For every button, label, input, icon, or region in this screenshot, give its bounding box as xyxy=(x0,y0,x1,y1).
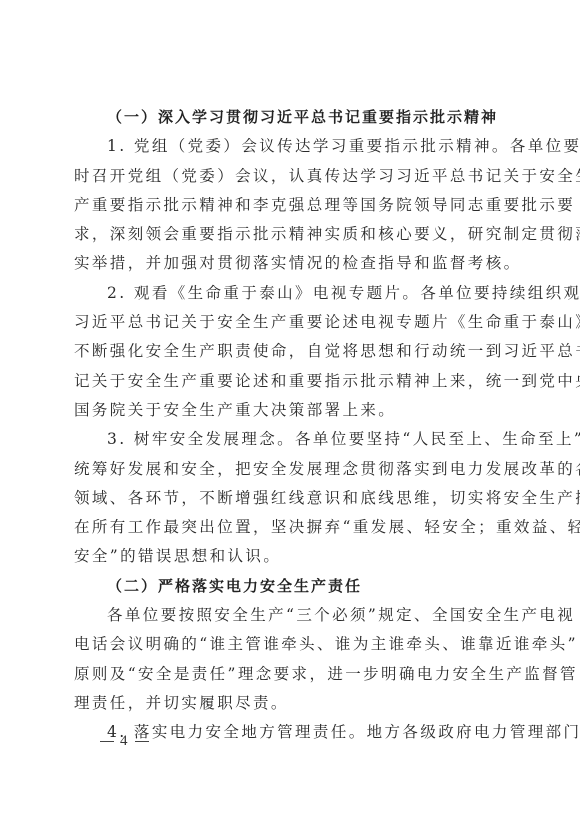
paragraph-line: 求，深刻领会重要指示批示精神实质和核心要义，研究制定贯彻落 xyxy=(74,220,506,249)
page-number-value: 4 xyxy=(120,733,129,750)
paragraph-3: 3. 树牢安全发展理念。各单位要坚持“人民至上、生命至上”， 统筹好发展和安全，… xyxy=(74,425,506,571)
section-heading-1: （一）深入学习贯彻习近平总书记重要指示批示精神 xyxy=(74,103,506,132)
document-page: （一）深入学习贯彻习近平总书记重要指示批示精神 1. 党组（党委）会议传达学习重… xyxy=(0,0,580,820)
paragraph-line: 2. 观看《生命重于泰山》电视专题片。各单位要持续组织观看 xyxy=(74,279,506,308)
paragraph-line: 电话会议明确的“谁主管谁牵头、谁为主谁牵头、谁靠近谁牵头” xyxy=(74,630,506,659)
paragraph-line: 习近平总书记关于安全生产重要论述电视专题片《生命重于泰山》， xyxy=(74,308,506,337)
paragraph-line: 时召开党组（党委）会议，认真传达学习习近平总书记关于安全生 xyxy=(74,162,506,191)
paragraph-line: 统筹好发展和安全，把安全发展理念贯彻落实到电力发展改革的各 xyxy=(74,455,506,484)
paragraph-line: 3. 树牢安全发展理念。各单位要坚持“人民至上、生命至上”， xyxy=(74,425,506,454)
paragraph-line: 1. 党组（党委）会议传达学习重要指示批示精神。各单位要及 xyxy=(74,132,506,161)
paragraph-line: 理责任，并切实履职尽责。 xyxy=(74,689,506,718)
paragraph-line: 实举措，并加强对贯彻落实情况的检查指导和监督考核。 xyxy=(74,249,506,278)
paragraph-line: 原则及“安全是责任”理念要求，进一步明确电力安全生产监督管 xyxy=(74,660,506,689)
paragraph-line: 产重要指示批示精神和李克强总理等国务院领导同志重要批示要 xyxy=(74,191,506,220)
document-body: （一）深入学习贯彻习近平总书记重要指示批示精神 1. 党组（党委）会议传达学习重… xyxy=(74,103,506,748)
paragraph-line: 领域、各环节，不断增强红线意识和底线思维，切实将安全生产摆 xyxy=(74,484,506,513)
page-number: 4 xyxy=(100,733,149,750)
dash-right-decoration xyxy=(135,741,149,742)
dash-left-decoration xyxy=(100,741,114,742)
section-heading-2: （二）严格落实电力安全生产责任 xyxy=(74,572,506,601)
paragraph-2: 2. 观看《生命重于泰山》电视专题片。各单位要持续组织观看 习近平总书记关于安全… xyxy=(74,279,506,425)
paragraph-section-2-intro: 各单位要按照安全生产“三个必须”规定、全国安全生产电视 电话会议明确的“谁主管谁… xyxy=(74,601,506,718)
paragraph-line: 安全”的错误思想和认识。 xyxy=(74,542,506,571)
paragraph-line: 不断强化安全生产职责使命，自觉将思想和行动统一到习近平总书 xyxy=(74,337,506,366)
paragraph-line: 各单位要按照安全生产“三个必须”规定、全国安全生产电视 xyxy=(74,601,506,630)
paragraph-line: 在所有工作最突出位置，坚决摒弃“重发展、轻安全；重效益、轻 xyxy=(74,513,506,542)
paragraph-line: 国务院关于安全生产重大决策部署上来。 xyxy=(74,396,506,425)
paragraph-1: 1. 党组（党委）会议传达学习重要指示批示精神。各单位要及 时召开党组（党委）会… xyxy=(74,132,506,278)
paragraph-line: 记关于安全生产重要论述和重要指示批示精神上来，统一到党中央、 xyxy=(74,367,506,396)
